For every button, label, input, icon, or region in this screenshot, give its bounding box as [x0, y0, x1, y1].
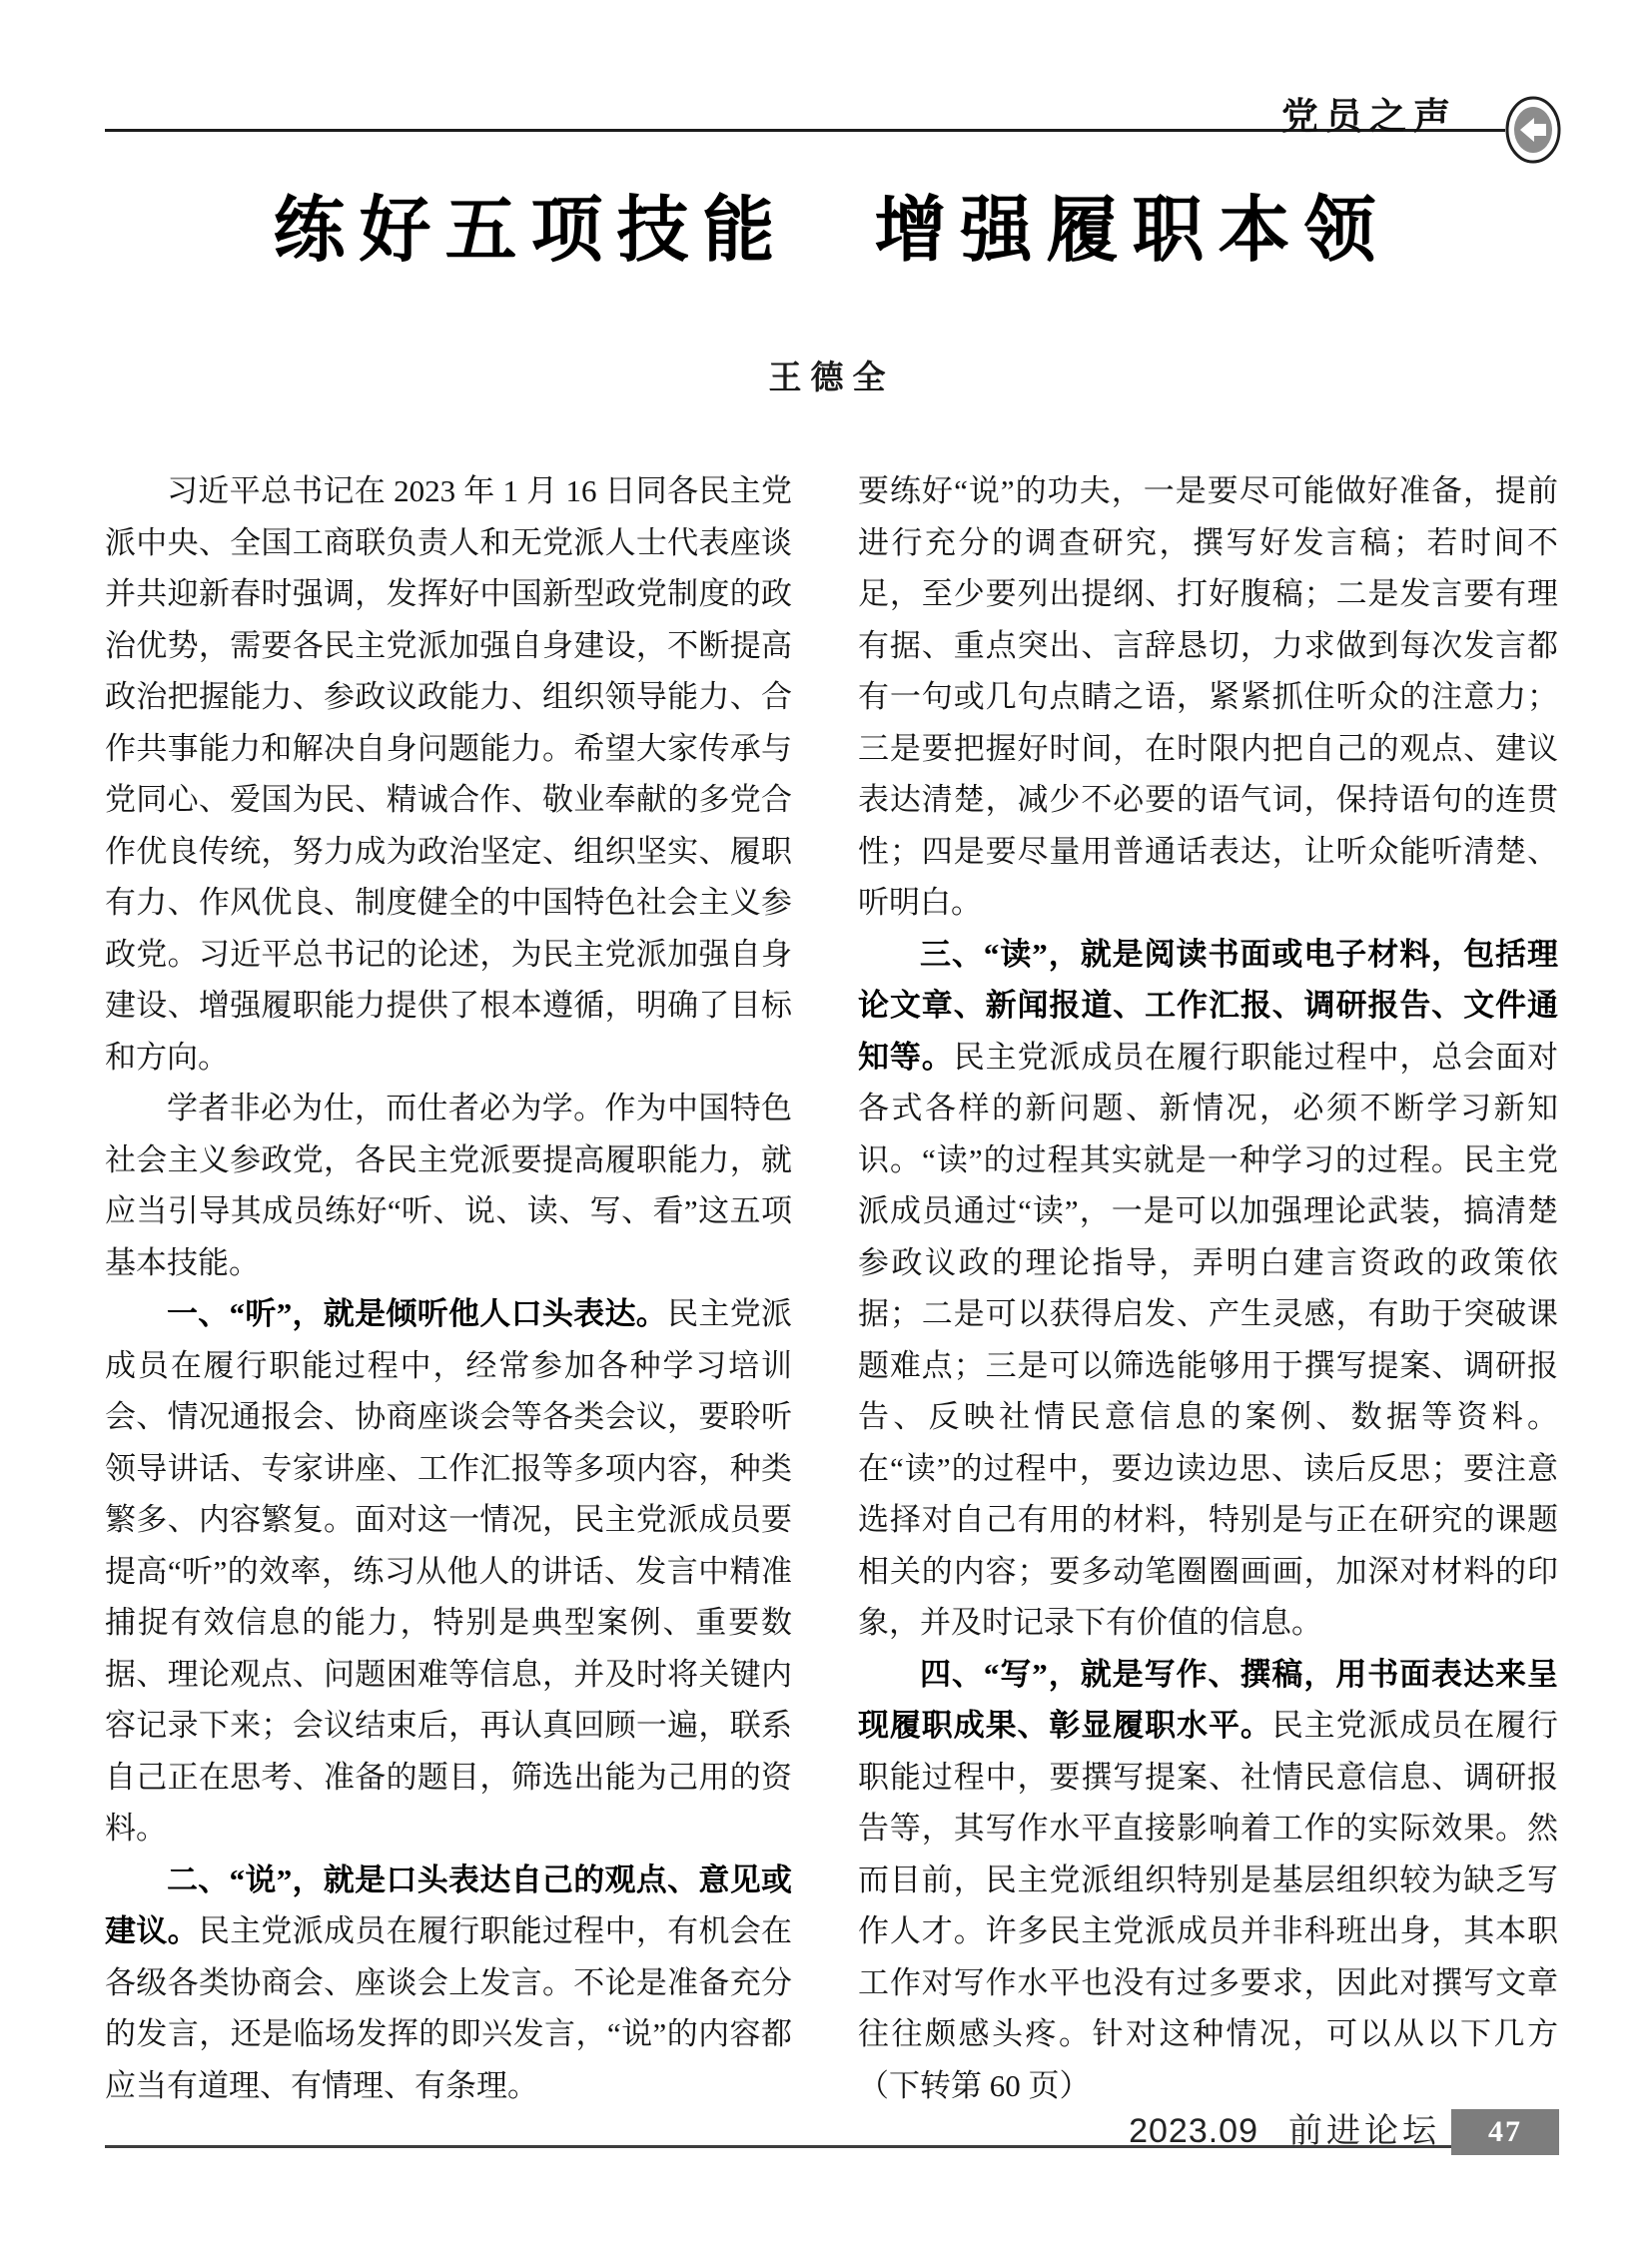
footer-issue: 2023.09 — [1129, 2112, 1258, 2151]
paragraph-write: 四、“写”，就是写作、撰稿，用书面表达来呈现履职成果、彰显履职水平。民主党派成员… — [858, 1649, 1558, 2112]
footer-magazine-name: 前进论坛 — [1288, 2103, 1440, 2152]
article-body: 习近平总书记在 2023 年 1 月 16 日同各民主党派中央、全国工商联负责人… — [105, 465, 1558, 2111]
section-lead-listen: 一、“听”，就是倾听他人口头表达。 — [167, 1296, 667, 1331]
article-author: 王德全 — [105, 352, 1558, 398]
paragraph-listen: 一、“听”，就是倾听他人口头表达。民主党派成员在履行职能过程中，经常参加各种学习… — [105, 1288, 792, 1855]
back-arrow-icon — [1504, 94, 1562, 166]
paragraph-text: 要练好“说”的功夫，一是要尽可能做好准备，提前进行充分的调查研究，撰写好发言稿；… — [858, 473, 1558, 920]
paragraph-text: 民主党派成员在履行职能过程中，总会面对各式各样的新问题、新情况，必须不断学习新知… — [858, 1040, 1558, 1641]
right-column: 要练好“说”的功夫，一是要尽可能做好准备，提前进行充分的调查研究，撰写好发言稿；… — [858, 465, 1558, 2111]
footer: 2023.09 前进论坛 — [1129, 2103, 1440, 2152]
paragraph-speak: 二、“说”，就是口头表达自己的观点、意见或建议。民主党派成员在履行职能过程中，有… — [105, 1855, 792, 2112]
paragraph-text: 民主党派成员在履行职能过程中，经常参加各种学习培训会、情况通报会、协商座谈会等各… — [105, 1296, 792, 1846]
article-title: 练好五项技能 增强履职本领 — [105, 172, 1558, 276]
paragraph-text: 习近平总书记在 2023 年 1 月 16 日同各民主党派中央、全国工商联负责人… — [105, 473, 792, 1075]
paragraph-read: 三、“读”，就是阅读书面或电子材料，包括理论文章、新闻报道、工作汇报、调研报告、… — [858, 929, 1558, 1649]
magazine-page: 党员之声 练好五项技能 增强履职本领 王德全 习近平总书记在 2023 年 1 … — [0, 0, 1652, 2242]
section-title: 党员之声 — [1281, 86, 1457, 140]
paragraph: 学者非必为仕，而仕者必为学。作为中国特色社会主义参政党，各民主党派要提高履职能力… — [105, 1083, 792, 1288]
paragraph-text: 学者非必为仕，而仕者必为学。作为中国特色社会主义参政党，各民主党派要提高履职能力… — [105, 1091, 792, 1280]
paragraph-text: 民主党派成员在履行职能过程中，有机会在各级各类协商会、座谈会上发言。不论是准备充… — [105, 1913, 792, 2103]
paragraph-continuation: 要练好“说”的功夫，一是要尽可能做好准备，提前进行充分的调查研究，撰写好发言稿；… — [858, 465, 1558, 929]
left-column: 习近平总书记在 2023 年 1 月 16 日同各民主党派中央、全国工商联负责人… — [105, 465, 792, 2111]
paragraph: 习近平总书记在 2023 年 1 月 16 日同各民主党派中央、全国工商联负责人… — [105, 465, 792, 1083]
page-number-badge: 47 — [1451, 2109, 1559, 2155]
paragraph-text: 民主党派成员在履行职能过程中，要撰写提案、社情民意信息、调研报告等，其写作水平直… — [858, 1708, 1558, 2103]
